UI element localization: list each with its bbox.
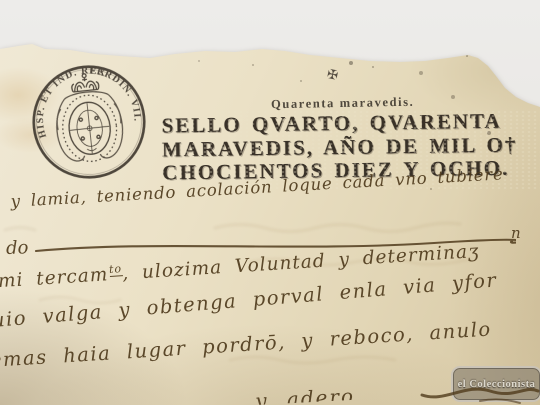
coat-of-arms-icon: [67, 100, 113, 156]
paper-shadow-wrap: HISP. ET IND. REX FERDIN. VII. D. G.: [0, 0, 540, 405]
handwriting-line-2-superscript: n: [511, 224, 521, 242]
handwriting-flourish-stroke: [420, 375, 540, 405]
handwriting-line-5: emas haia lugar pordrō, y reboco, anulo: [0, 317, 492, 372]
handwriting-line-6-fragment: y adero: [255, 384, 356, 405]
handwriting-line-2-word: do: [6, 237, 29, 259]
handwriting-line-3-pre: mi tercam: [0, 264, 109, 292]
royal-seal-stamp: HISP. ET IND. REX FERDIN. VII. D. G.: [9, 44, 169, 200]
printer-ornament-icon: ✠: [326, 67, 340, 84]
document-paper: HISP. ET IND. REX FERDIN. VII. D. G.: [0, 0, 540, 405]
ink-specks: [0, 0, 2, 2]
handwriting-line-3-sup: to: [109, 262, 123, 277]
photo-of-document: HISP. ET IND. REX FERDIN. VII. D. G.: [0, 0, 540, 405]
